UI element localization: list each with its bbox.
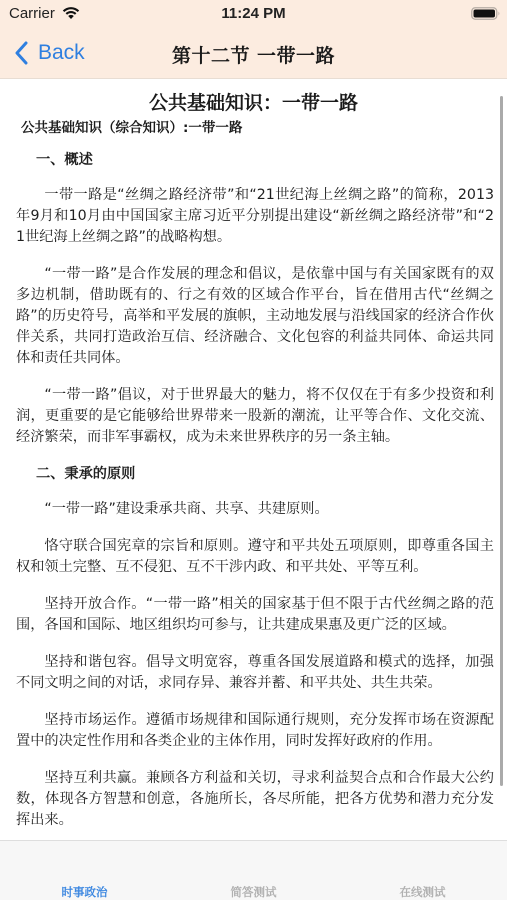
paragraph: 坚持和谐包容。倡导文明宽容，尊重各国发展道路和模式的选择，加强不同文明之间的对话… — [16, 652, 494, 694]
tab-current-affairs[interactable]: 时事政治 — [0, 841, 169, 900]
screen: Carrier 11:24 PM Back 第十二节 一带一路 公共基础知识：一… — [0, 0, 507, 900]
clock: 11:24 PM — [0, 5, 507, 22]
paragraph: 坚持开放合作。“一带一路”相关的国家基于但不限于古代丝绸之路的范围，各国和国际、… — [16, 594, 494, 636]
paragraph: “一带一路”建设秉承共商、共享、共建原则。 — [16, 499, 494, 520]
tab-online-test[interactable]: 在线测试 — [338, 841, 507, 900]
tab-label: 时事政治 — [0, 884, 169, 900]
section-heading: 二、秉承的原则 — [16, 464, 494, 485]
section-heading: 一、概述 — [16, 150, 494, 171]
article-body: 一、概述 一带一路是“丝绸之路经济带”和“21世纪海上丝绸之路”的简称，2013… — [16, 150, 494, 840]
tab-label: 在线测试 — [338, 884, 507, 900]
tab-bar: 时事政治 简答测试 在线测试 — [0, 840, 507, 900]
navigation-bar: Back 第十二节 一带一路 — [0, 28, 507, 79]
battery-icon — [471, 7, 501, 20]
paragraph: 坚持互利共赢。兼顾各方利益和关切，寻求利益契合点和合作最大公约数，体现各方智慧和… — [16, 768, 494, 831]
article-title: 公共基础知识：一带一路 — [0, 88, 507, 115]
nav-title: 第十二节 一带一路 — [0, 41, 507, 68]
paragraph: 恪守联合国宪章的宗旨和原则。遵守和平共处五项原则，即尊重各国主权和领土完整、互不… — [16, 536, 494, 578]
paragraph: 一带一路是“丝绸之路经济带”和“21世纪海上丝绸之路”的简称，2013年9月和1… — [16, 185, 494, 248]
paragraph: 坚持市场运作。遵循市场规律和国际通行规则，充分发挥市场在资源配置中的决定性作用和… — [16, 710, 494, 752]
paragraph: “一带一路”是合作发展的理念和倡议，是依靠中国与有关国家既有的双多边机制，借助既… — [16, 264, 494, 369]
paragraph: “一带一路”倡议，对于世界最大的魅力，将不仅仅在于有多少投资和利润，更重要的是它… — [16, 385, 494, 448]
article-scroll-view[interactable]: 公共基础知识：一带一路 公共基础知识（综合知识）:一带一路 一、概述 一带一路是… — [0, 80, 507, 840]
article-subtitle: 公共基础知识（综合知识）:一带一路 — [21, 116, 242, 136]
status-bar: Carrier 11:24 PM — [0, 0, 507, 28]
tab-short-answer-test[interactable]: 简答测试 — [169, 841, 338, 900]
vertical-scrollbar[interactable] — [500, 96, 503, 786]
tab-label: 简答测试 — [169, 884, 338, 900]
